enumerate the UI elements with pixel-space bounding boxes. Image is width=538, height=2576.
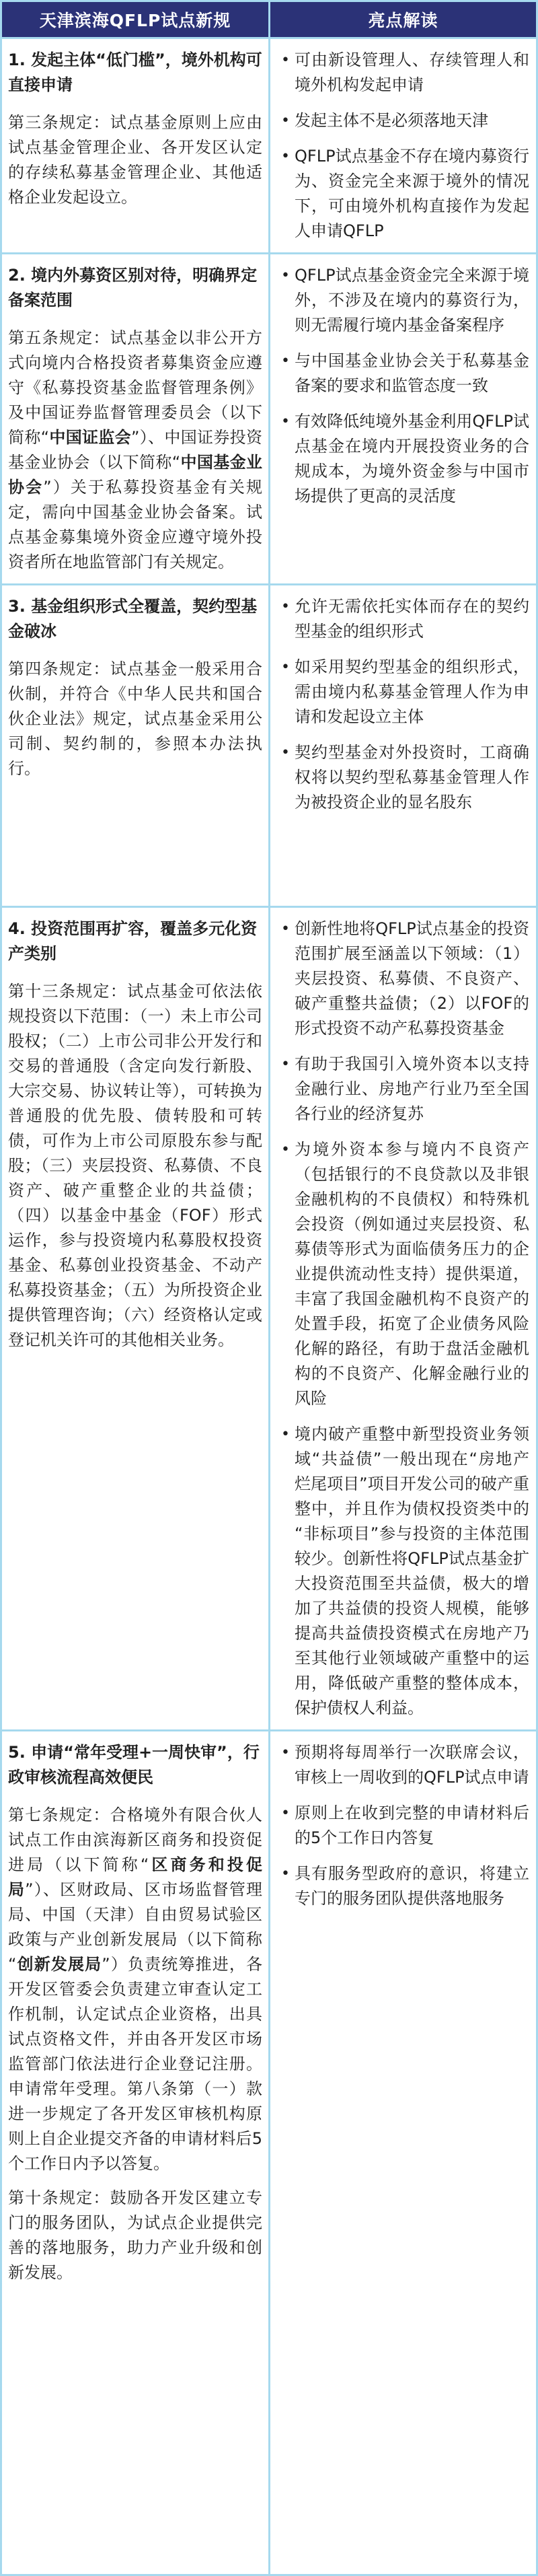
text-segment: ”）负责统筹推进，各开发区管委会负责建立审查认定工作机制，认定试点企业资格，出具…	[8, 1955, 262, 2173]
bullet-icon: •	[281, 1861, 290, 1886]
highlight-item: •预期将每周举行一次联席会议，审核上一周收到的QFLP试点申请	[277, 1740, 529, 1790]
header-cell-new-rules: 天津滨海QFLP试点新规	[2, 2, 270, 37]
highlight-text: 有效降低纯境外基金利用QFLP试点基金在境内开展投资业务的合规成本，为境外资金参…	[295, 412, 529, 505]
highlight-item: •有助于我国引入境外资本以支持金融行业、房地产行业乃至全国各行业的经济复苏	[277, 1052, 529, 1126]
highlight-item: •原则上在收到完整的申请材料后的5个工作日内答复	[277, 1801, 529, 1851]
bullet-icon: •	[281, 1137, 290, 1162]
highlight-text: QFLP试点基金不存在境内募资行为、资金完全来源于境外的情况下，可由境外机构直接…	[295, 147, 529, 240]
highlight-item: •可由新设管理人、存续管理人和境外机构发起申请	[277, 48, 529, 98]
highlight-text: 如采用契约型基金的组织形式，需由境内私募基金管理人作为申请和发起设立主体	[295, 657, 529, 726]
highlight-text: 允许无需依托实体而存在的契约型基金的组织形式	[295, 597, 529, 641]
bullet-icon: •	[281, 48, 290, 73]
highlight-text: 创新性地将QFLP试点基金的投资范围扩展至涵盖以下领域：（1）夹层投资、私募债、…	[295, 919, 529, 1038]
rule-paragraph: 第三条规定：试点基金原则上应由试点基金管理企业、各开发区认定的存续私募基金管理企…	[8, 110, 262, 210]
bold-term: 中国证监会	[49, 428, 131, 447]
highlight-text: 预期将每周举行一次联席会议，审核上一周收到的QFLP试点申请	[295, 1743, 529, 1787]
highlight-item: •具有服务型政府的意识，将建立专门的服务团队提供落地服务	[277, 1861, 529, 1911]
highlight-text: QFLP试点基金资金完全来源于境外，不涉及在境内的募资行为，则无需履行境内基金备…	[295, 266, 529, 334]
bullet-icon: •	[281, 655, 290, 680]
bullet-icon: •	[281, 917, 290, 941]
bullet-icon: •	[281, 1801, 290, 1826]
rule-paragraph: 第五条规定：试点基金以非公开方式向境内合格投资者募集资金应遵守《私募投资基金监督…	[8, 326, 262, 575]
highlight-item: •QFLP试点基金资金完全来源于境外，不涉及在境内的募资行为，则无需履行境内基金…	[277, 263, 529, 338]
highlight-text: 具有服务型政府的意识，将建立专门的服务团队提供落地服务	[295, 1864, 529, 1908]
table-row: 3. 基金组织形式全覆盖，契约型基金破冰第四条规定：试点基金一般采用合伙制，并符…	[2, 583, 536, 906]
rule-title: 4. 投资范围再扩容，覆盖多元化资产类别	[8, 917, 262, 966]
bold-term: 创新发展局	[16, 1955, 102, 1974]
text-segment: 第三条规定：试点基金原则上应由试点基金管理企业、各开发区认定的存续私募基金管理企…	[8, 113, 262, 207]
rule-cell: 1. 发起主体“低门槛”，境外机构可直接申请第三条规定：试点基金原则上应由试点基…	[2, 39, 270, 252]
highlight-item: •与中国基金业协会关于私募基金备案的要求和监管态度一致	[277, 349, 529, 398]
highlight-cell: •QFLP试点基金资金完全来源于境外，不涉及在境内的募资行为，则无需履行境内基金…	[270, 254, 536, 583]
highlight-item: •契约型基金对外投资时，工商确权将以契约型私募基金管理人作为被投资企业的显名股东	[277, 740, 529, 815]
qflp-comparison-table: 天津滨海QFLP试点新规 亮点解读 1. 发起主体“低门槛”，境外机构可直接申请…	[0, 0, 538, 2576]
bullet-icon: •	[281, 740, 290, 765]
rule-cell: 4. 投资范围再扩容，覆盖多元化资产类别第十三条规定：试点基金可依法依规投资以下…	[2, 908, 270, 1729]
rule-title: 3. 基金组织形式全覆盖，契约型基金破冰	[8, 594, 262, 644]
rule-paragraph: 第七条规定：合格境外有限合伙人试点工作由滨海新区商务和投资促进局（以下简称“区商…	[8, 1803, 262, 2176]
table-row: 5. 申请“常年受理+一周快审”，行政审核流程高效便民第七条规定：合格境外有限合…	[2, 1729, 536, 2574]
highlight-item: •创新性地将QFLP试点基金的投资范围扩展至涵盖以下领域：（1）夹层投资、私募债…	[277, 917, 529, 1041]
bullet-icon: •	[281, 594, 290, 619]
rule-title: 1. 发起主体“低门槛”，境外机构可直接申请	[8, 48, 262, 98]
bullet-icon: •	[281, 1422, 290, 1447]
page: 天津滨海QFLP试点新规 亮点解读 1. 发起主体“低门槛”，境外机构可直接申请…	[0, 0, 538, 2576]
text-segment: 第四条规定：试点基金一般采用合伙制，并符合《中华人民共和国合伙企业法》规定，试点…	[8, 659, 262, 778]
header-cell-highlights: 亮点解读	[270, 2, 536, 37]
text-segment: 第十条规定：鼓励各开发区建立专门的服务团队，为试点企业提供完善的落地服务，助力产…	[8, 2188, 262, 2282]
highlight-item: •有效降低纯境外基金利用QFLP试点基金在境内开展投资业务的合规成本，为境外资金…	[277, 409, 529, 509]
table-row: 2. 境内外募资区别对待，明确界定备案范围第五条规定：试点基金以非公开方式向境内…	[2, 252, 536, 583]
rule-paragraph: 第十三条规定：试点基金可依法依规投资以下范围：（一）未上市公司股权；（二）上市公…	[8, 979, 262, 1353]
highlight-text: 发起主体不是必须落地天津	[295, 111, 488, 130]
highlight-text: 契约型基金对外投资时，工商确权将以契约型私募基金管理人作为被投资企业的显名股东	[295, 743, 529, 812]
rule-title: 2. 境内外募资区别对待，明确界定备案范围	[8, 263, 262, 313]
bullet-icon: •	[281, 263, 290, 288]
highlight-text: 为境外资本参与境内不良资产（包括银行的不良贷款以及非银金融机构的不良债权）和特殊…	[295, 1140, 529, 1408]
text-segment: ”）关于私募投资基金有关规定，需向中国基金业协会备案。试点基金募集境外资金应遵守…	[8, 478, 262, 571]
highlight-text: 原则上在收到完整的申请材料后的5个工作日内答复	[295, 1803, 529, 1847]
rule-cell: 5. 申请“常年受理+一周快审”，行政审核流程高效便民第七条规定：合格境外有限合…	[2, 1731, 270, 2574]
rule-cell: 2. 境内外募资区别对待，明确界定备案范围第五条规定：试点基金以非公开方式向境内…	[2, 254, 270, 583]
text-segment: 第十三条规定：试点基金可依法依规投资以下范围：（一）未上市公司股权；（二）上市公…	[8, 982, 262, 1349]
highlight-text: 境内破产重整中新型投资业务领域“共益债”一般出现在“房地产烂尾项目”项目开发公司…	[295, 1425, 529, 1717]
bullet-icon: •	[281, 349, 290, 373]
highlight-item: •如采用契约型基金的组织形式，需由境内私募基金管理人作为申请和发起设立主体	[277, 655, 529, 729]
highlight-cell: •允许无需依托实体而存在的契约型基金的组织形式•如采用契约型基金的组织形式，需由…	[270, 585, 536, 906]
highlight-text: 可由新设管理人、存续管理人和境外机构发起申请	[295, 50, 529, 94]
highlight-text: 与中国基金业协会关于私募基金备案的要求和监管态度一致	[295, 351, 529, 395]
highlight-cell: •创新性地将QFLP试点基金的投资范围扩展至涵盖以下领域：（1）夹层投资、私募债…	[270, 908, 536, 1729]
bullet-icon: •	[281, 108, 290, 133]
rule-title: 5. 申请“常年受理+一周快审”，行政审核流程高效便民	[8, 1740, 262, 1790]
table-row: 1. 发起主体“低门槛”，境外机构可直接申请第三条规定：试点基金原则上应由试点基…	[2, 37, 536, 252]
rule-paragraph: 第十条规定：鼓励各开发区建立专门的服务团队，为试点企业提供完善的落地服务，助力产…	[8, 2186, 262, 2285]
highlight-item: •为境外资本参与境内不良资产（包括银行的不良贷款以及非银金融机构的不良债权）和特…	[277, 1137, 529, 1411]
bullet-icon: •	[281, 144, 290, 169]
highlight-item: •发起主体不是必须落地天津	[277, 108, 529, 133]
highlight-cell: •可由新设管理人、存续管理人和境外机构发起申请•发起主体不是必须落地天津•QFL…	[270, 39, 536, 252]
highlight-text: 有助于我国引入境外资本以支持金融行业、房地产行业乃至全国各行业的经济复苏	[295, 1054, 529, 1123]
bullet-icon: •	[281, 409, 290, 434]
highlight-item: •QFLP试点基金不存在境内募资行为、资金完全来源于境外的情况下，可由境外机构直…	[277, 144, 529, 244]
bullet-icon: •	[281, 1740, 290, 1765]
highlight-cell: •预期将每周举行一次联席会议，审核上一周收到的QFLP试点申请•原则上在收到完整…	[270, 1731, 536, 2574]
table-header-row: 天津滨海QFLP试点新规 亮点解读	[2, 2, 536, 37]
rule-cell: 3. 基金组织形式全覆盖，契约型基金破冰第四条规定：试点基金一般采用合伙制，并符…	[2, 585, 270, 906]
table-row: 4. 投资范围再扩容，覆盖多元化资产类别第十三条规定：试点基金可依法依规投资以下…	[2, 906, 536, 1729]
rule-paragraph: 第四条规定：试点基金一般采用合伙制，并符合《中华人民共和国合伙企业法》规定，试点…	[8, 657, 262, 781]
highlight-item: •允许无需依托实体而存在的契约型基金的组织形式	[277, 594, 529, 644]
highlight-item: •境内破产重整中新型投资业务领域“共益债”一般出现在“房地产烂尾项目”项目开发公…	[277, 1422, 529, 1721]
bullet-icon: •	[281, 1052, 290, 1077]
